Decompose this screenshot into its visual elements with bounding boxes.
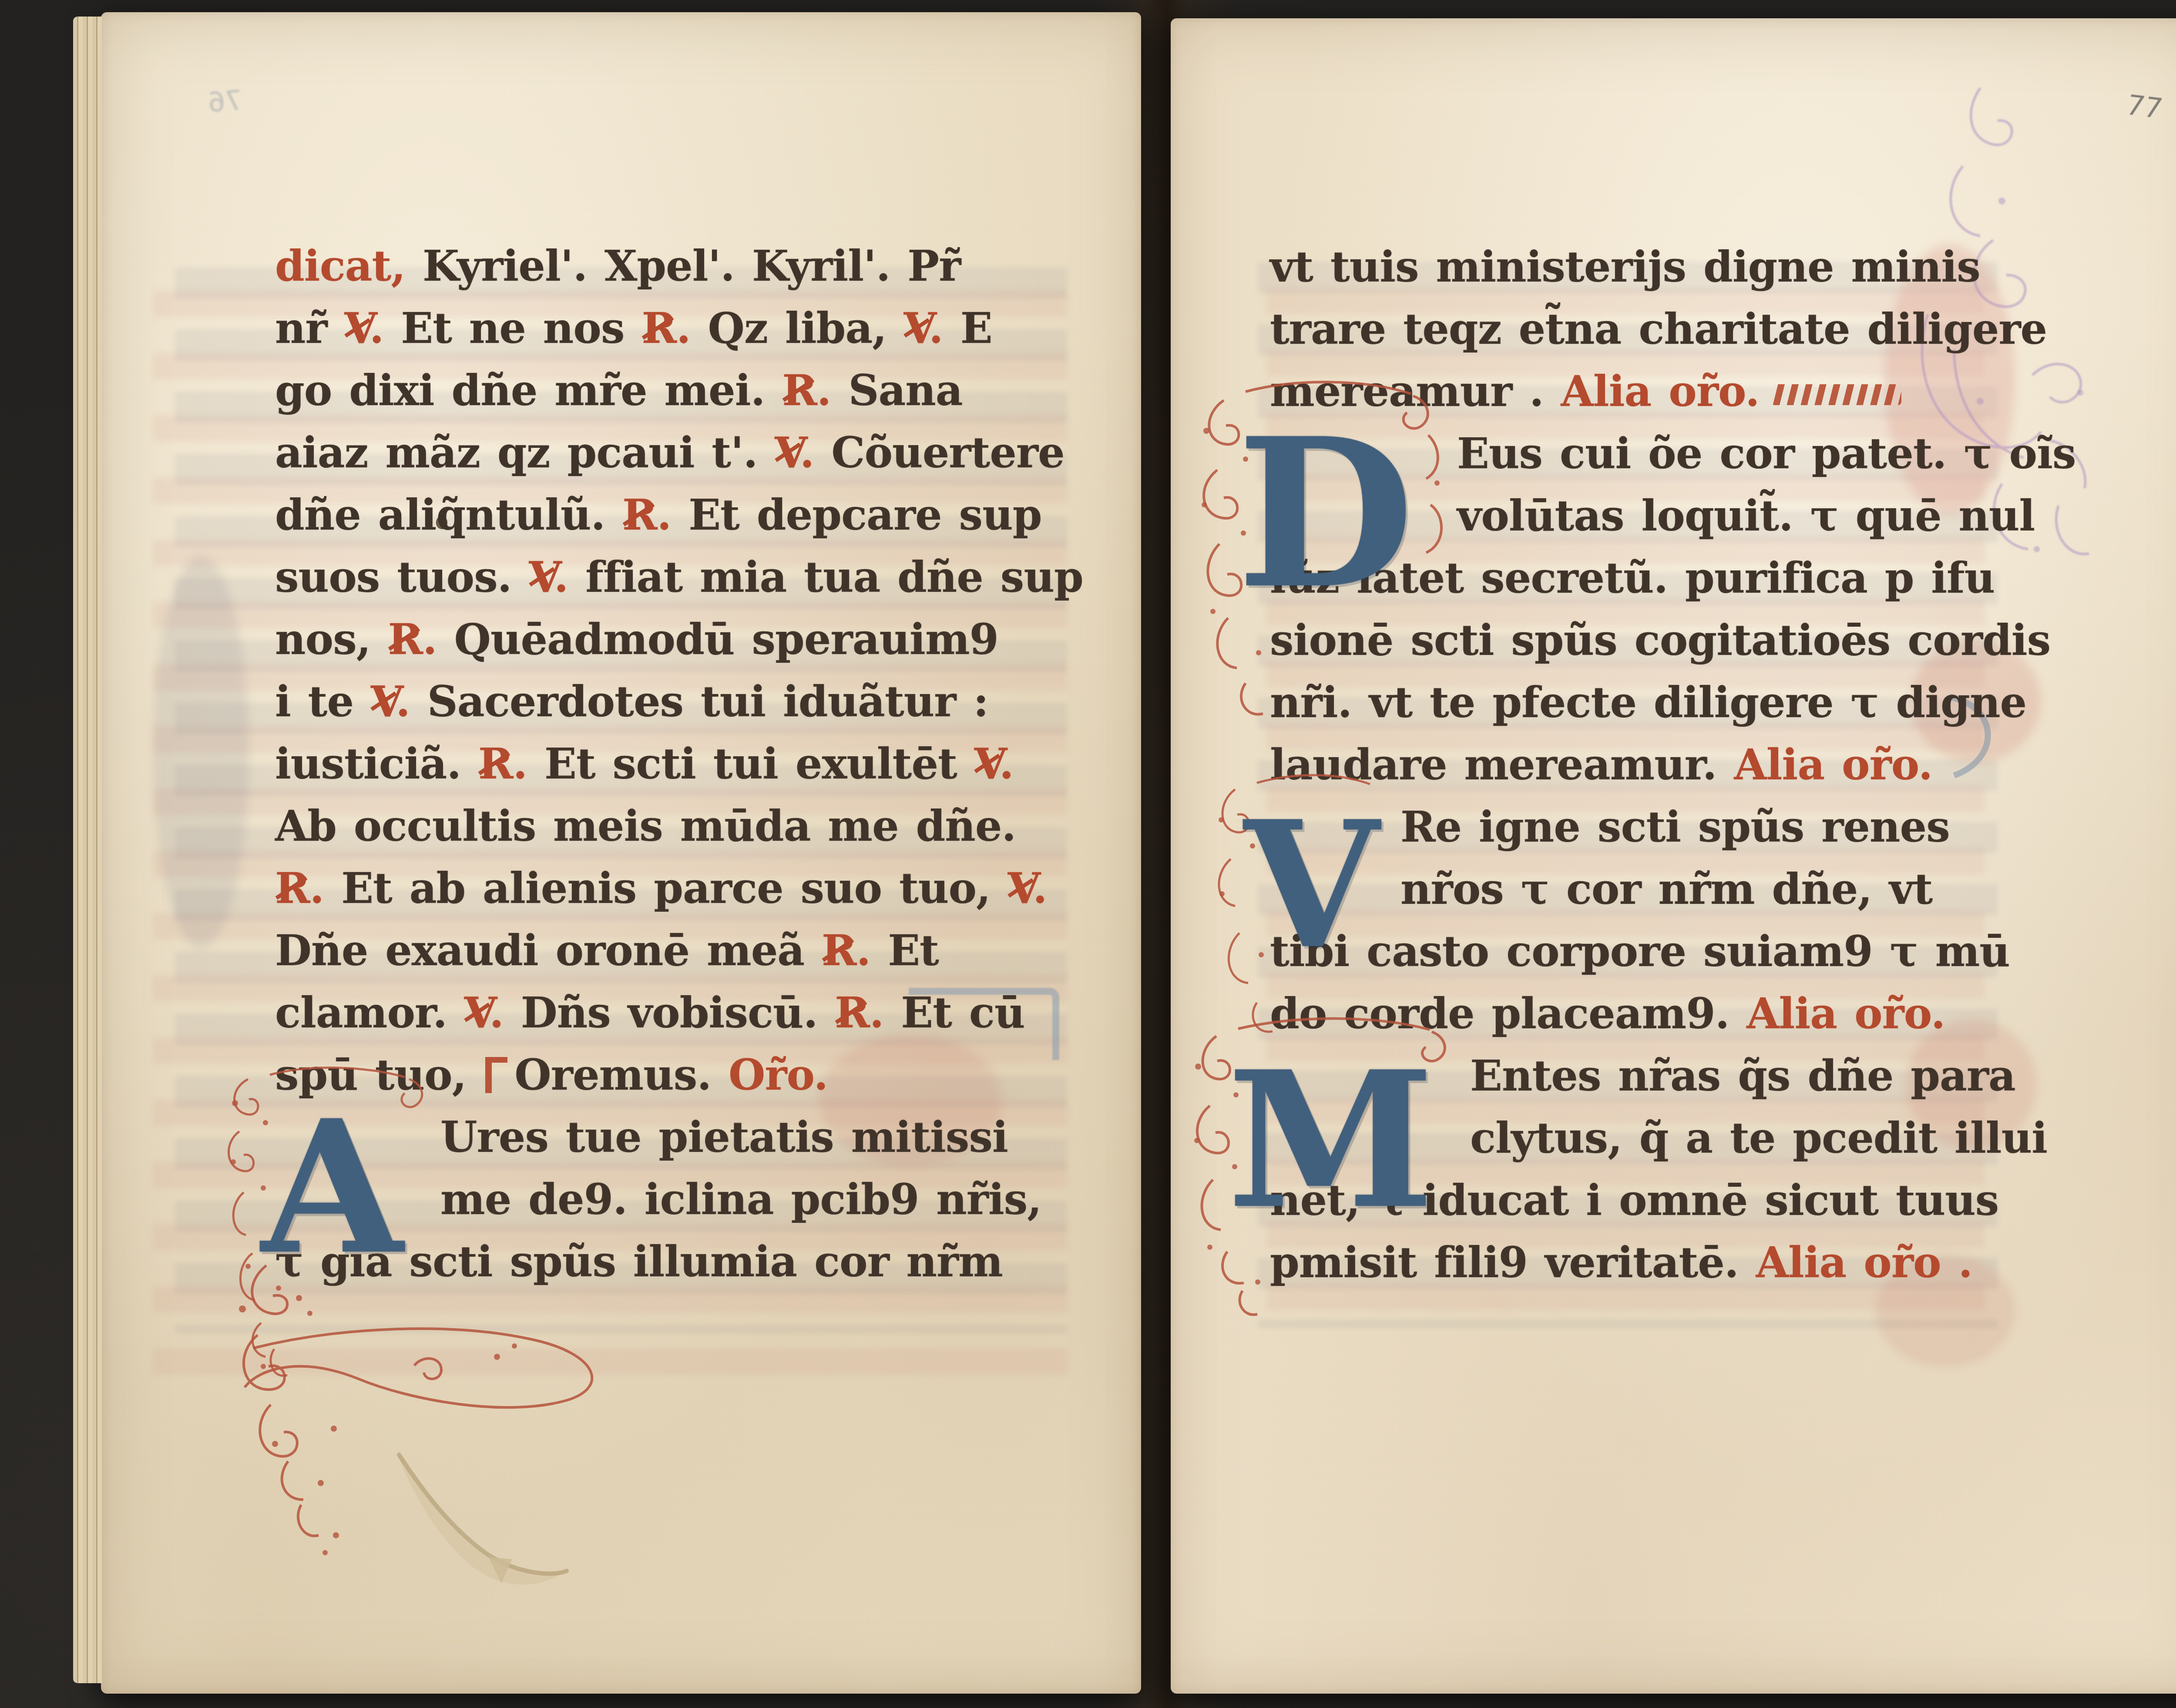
text-line-left-10: Ab occultis meis mūda me dñe. <box>275 795 1016 857</box>
body-text: go dixi dñe mr̃e mei. <box>275 366 782 415</box>
illuminated-initial-A: A <box>261 1088 403 1288</box>
body-text: Sacerdotes tui iduãtur : <box>410 677 988 726</box>
folio-number-pencil: 77 <box>2123 90 2166 125</box>
versicle-response-mark: R. <box>641 297 690 359</box>
versicle-response-mark: V. <box>371 671 410 733</box>
text-line-right-2: trare teqz et̃na charitate diligere <box>1270 298 2047 360</box>
parchment-tear <box>379 1431 649 1605</box>
body-text: Oremus. <box>514 1050 729 1100</box>
body-text: Dñe exaudi oronē meã <box>275 926 822 975</box>
body-text: Re igne scti spũs renes <box>1400 802 1950 852</box>
body-text: vt tuis ministerijs digne minis <box>1270 242 1980 292</box>
versicle-response-mark: V. <box>529 546 568 608</box>
rubric-line-filler <box>1771 384 1901 406</box>
body-text: suos tuos. <box>275 552 529 602</box>
rubric-bracket <box>485 1057 507 1093</box>
body-text: Et <box>870 926 939 975</box>
text-line-left-16: me de9. iclina pcib9 nr̃is, <box>440 1168 1041 1231</box>
manuscript-page-left: 76 A <box>101 12 1141 1694</box>
versicle-response-mark: R. <box>822 919 870 982</box>
text-line-left-6: suos tuos. V. ffiat mia tua dñe sup <box>275 546 1083 608</box>
manuscript-page-right: 77 <box>1171 18 2176 1694</box>
body-text: volūtas loquit̃. τ quē nul <box>1457 491 2035 540</box>
body-text: Ab occultis meis mūda me dñe. <box>275 801 1016 851</box>
body-text: trare teqz et̃na charitate diligere <box>1270 304 2047 354</box>
rubric-text: Alia or̃o. <box>1746 989 1945 1038</box>
showthrough-blob <box>153 556 249 948</box>
text-line-left-3: go dixi dñe mr̃e mei. R. Sana <box>275 359 963 422</box>
text-line-left-12: Dñe exaudi oronē meã R. Et <box>275 919 939 982</box>
versicle-response-mark: V. <box>904 297 943 359</box>
body-text: nos, <box>275 614 388 664</box>
body-text: Kyriel'. Xpel'. Kyril'. Pr̃ <box>405 241 960 291</box>
text-line-right-14: Entes nr̃as q̃s dñe para <box>1470 1045 2015 1107</box>
rubric-text: Alia or̃o . <box>1756 1238 1973 1287</box>
illuminated-initial-M: M <box>1227 1038 1434 1243</box>
body-text: ffiat mia tua dñe sup <box>568 552 1083 602</box>
body-text: clamor. <box>275 988 464 1037</box>
versicle-response-mark: V. <box>775 422 814 484</box>
body-text: aiaz mãz qz pcaui t'. <box>275 428 775 477</box>
body-text: iusticiã. <box>275 739 478 789</box>
versicle-response-mark: V. <box>974 733 1014 795</box>
rubric-text: Alia or̃o. <box>1734 740 1932 789</box>
folio-number-showthrough: 76 <box>207 84 244 119</box>
body-text: Eus cui õe cor patet. τ oĩs <box>1457 429 2076 478</box>
text-line-left-13: clamor. V. Dñs vobiscū. R. Et cū <box>275 982 1024 1044</box>
illuminated-initial-D: D <box>1237 405 1414 622</box>
body-text: i te <box>275 677 371 726</box>
versicle-response-mark: R. <box>388 608 437 671</box>
text-line-right-11: nr̃os τ cor nr̃m dñe, vt <box>1400 858 1932 920</box>
text-line-left-11: R. Et ab alienis parce suo tuo, V. <box>275 857 1047 919</box>
versicle-response-mark: V. <box>464 982 504 1044</box>
text-line-right-4: Eus cui õe cor patet. τ oĩs <box>1457 423 2076 485</box>
rubric-text: Alia or̃o. <box>1561 366 1760 416</box>
rubric-text: dicat, <box>275 241 405 291</box>
versicle-response-mark: R. <box>622 484 671 546</box>
text-line-left-5: dñe aliq̃ntulũ. R. Et depcare sup <box>275 484 1041 546</box>
versicle-response-mark: R. <box>275 857 324 919</box>
text-line-left-4: aiaz mãz qz pcaui t'. V. Cõuertere <box>275 422 1064 484</box>
text-line-right-10: Re igne scti spũs renes <box>1400 796 1950 858</box>
text-line-left-15: Ures tue pietatis mitissi <box>440 1106 1008 1168</box>
page-edges-stack <box>73 17 102 1683</box>
body-text: Et scti tui exultēt <box>527 739 974 789</box>
text-line-right-5: volūtas loquit̃. τ quē nul <box>1457 485 2035 547</box>
text-line-left-1: dicat, Kyriel'. Xpel'. Kyril'. Pr̃ <box>275 235 960 297</box>
body-text: Qz liba, <box>691 303 904 353</box>
photograph-backdrop: 76 A <box>0 0 2176 1708</box>
versicle-response-mark: V. <box>1008 857 1047 919</box>
body-text: me de9. iclina pcib9 nr̃is, <box>440 1174 1041 1224</box>
body-text: Et ab alienis parce suo tuo, <box>324 863 1007 913</box>
text-line-left-2: nr̃ V. Et ne nos R. Qz liba, V. E <box>275 297 992 359</box>
body-text: Quēadmodū sperauim9 <box>437 614 998 664</box>
body-text: Et depcare sup <box>671 490 1041 540</box>
versicle-response-mark: R. <box>835 982 883 1044</box>
body-text: nr̃ <box>275 303 344 353</box>
text-line-left-7: nos, R. Quēadmodū sperauim9 <box>275 608 998 671</box>
body-text: dñe aliq̃ntulũ. <box>275 490 622 540</box>
versicle-response-mark: V. <box>344 297 383 359</box>
text-line-right-1: vt tuis ministerijs digne minis <box>1270 236 1980 298</box>
body-text: nr̃os τ cor nr̃m dñe, vt <box>1400 864 1932 914</box>
text-line-right-15: clytus, q̃ a te pcedit illui <box>1470 1107 2047 1169</box>
body-text: clytus, q̃ a te pcedit illui <box>1470 1113 2047 1163</box>
body-text: Entes nr̃as q̃s dñe para <box>1470 1051 2015 1101</box>
body-text: Sana <box>831 366 963 415</box>
body-text: Et ne nos <box>383 303 641 353</box>
versicle-response-mark: R. <box>782 359 831 422</box>
body-text: Et cū <box>884 988 1025 1037</box>
versicle-response-mark: R. <box>478 733 527 795</box>
body-text: Dñs vobiscū. <box>504 988 835 1037</box>
rubric-text: Or̃o. <box>729 1050 828 1100</box>
body-text: Cõuertere <box>814 428 1064 477</box>
body-text: E <box>943 303 992 353</box>
illuminated-initial-V: V <box>1244 789 1379 981</box>
text-line-left-9: iusticiã. R. Et scti tui exultēt V. <box>275 733 1014 795</box>
body-text: Ures tue pietatis mitissi <box>440 1112 1008 1162</box>
text-line-left-8: i te V. Sacerdotes tui iduãtur : <box>275 671 988 733</box>
